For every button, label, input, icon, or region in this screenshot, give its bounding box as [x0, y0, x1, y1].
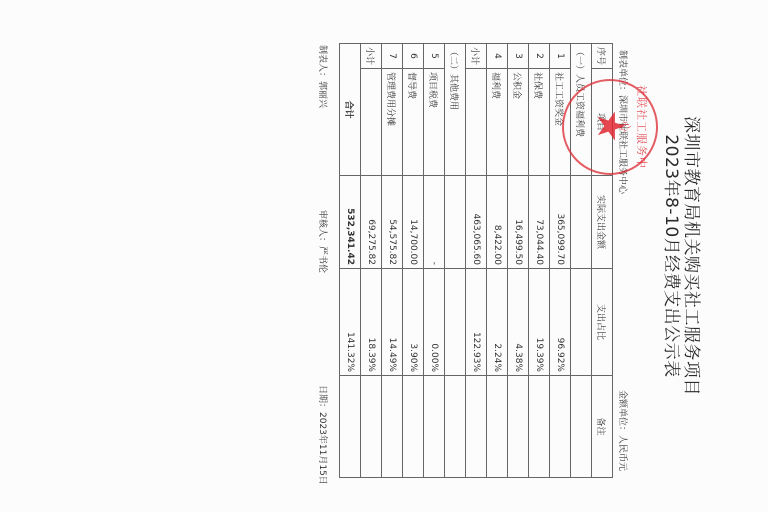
row-amount: 14,700.00: [403, 176, 424, 269]
row-no: 1: [550, 44, 571, 69]
row-no: 7: [382, 44, 403, 69]
row-note: [403, 376, 424, 478]
table-row: 2 社保费 73,044.40 19.39%: [529, 44, 550, 478]
row-amount: 8,422.00: [487, 176, 508, 269]
document-page: 深圳市教育局机关购买社工服务项目 2023年8-10月经费支出公示表 制表单位：…: [0, 0, 768, 512]
row-no: 5: [424, 44, 445, 69]
total-ratio: 141.32%: [340, 269, 361, 376]
header-ratio: 支出占比: [592, 269, 613, 376]
section-row: （二）其他费用: [445, 44, 466, 478]
table-row: 7 管理费用分摊 54,575.82 14.49%: [382, 44, 403, 478]
total-row: 合计 532,341.42 141.32%: [340, 44, 361, 478]
row-amount: 16,499.50: [508, 176, 529, 269]
row-item: 社保费: [529, 69, 550, 176]
row-no: 6: [403, 44, 424, 69]
subtotal-amount: 69,275.82: [361, 176, 382, 269]
row-amount: 54,575.82: [382, 176, 403, 269]
row-amount: -: [424, 176, 445, 269]
section-label: （二）其他费用: [445, 44, 466, 176]
row-note: [529, 376, 550, 478]
row-item: 督导费: [403, 69, 424, 176]
row-ratio: 0.00%: [424, 269, 445, 376]
subtotal-ratio: 18.39%: [361, 269, 382, 376]
subtotal-row: 小计 69,275.82 18.39%: [361, 44, 382, 478]
subtotal-label: 小计: [361, 44, 382, 69]
row-item: 公积金: [508, 69, 529, 176]
row-amount: 365,099.70: [550, 176, 571, 269]
table-row: 5 项目税费 - 0.00%: [424, 44, 445, 478]
subtotal-label: 小计: [466, 44, 487, 69]
subtotal-row: 小计 463,065.60 122.93%: [466, 44, 487, 478]
row-ratio: 19.39%: [529, 269, 550, 376]
subtotal-ratio: 122.93%: [466, 269, 487, 376]
currency-unit-label: 金额单位：人民币元: [617, 390, 630, 471]
header-note: 备注: [592, 376, 613, 478]
row-note: [550, 376, 571, 478]
row-item: 福利费: [487, 69, 508, 176]
row-note: [424, 376, 445, 478]
row-ratio: 96.92%: [550, 269, 571, 376]
row-item: 管理费用分摊: [382, 69, 403, 176]
row-ratio: 2.24%: [487, 269, 508, 376]
row-note: [382, 376, 403, 478]
header-amount: 实际支出金额: [592, 176, 613, 269]
preparer-label: 制表人：郭丽兴: [317, 45, 330, 108]
subtotal-amount: 463,065.60: [466, 176, 487, 269]
table-row: 6 督导费 14,700.00 3.90%: [403, 44, 424, 478]
reviewer-label: 审核人：严书伦: [317, 210, 330, 273]
row-ratio: 3.90%: [403, 269, 424, 376]
row-note: [487, 376, 508, 478]
total-label: 合计: [340, 44, 361, 176]
table-row: 3 公积金 16,499.50 4.38%: [508, 44, 529, 478]
document-subtitle: 2023年8-10月经费支出公示表: [661, 0, 686, 512]
total-amount: 532,341.42: [340, 176, 361, 269]
table-row: 4 福利费 8,422.00 2.24%: [487, 44, 508, 478]
star-icon: ★: [592, 109, 630, 143]
header-no: 序号: [592, 44, 613, 69]
official-seal: 社联社工服务中心 ★: [562, 79, 658, 175]
row-amount: 73,044.40: [529, 176, 550, 269]
row-item: 项目税费: [424, 69, 445, 176]
row-ratio: 4.38%: [508, 269, 529, 376]
row-note: [508, 376, 529, 478]
row-ratio: 14.49%: [382, 269, 403, 376]
row-no: 3: [508, 44, 529, 69]
row-no: 2: [529, 44, 550, 69]
date-label: 日期：2023年11月15日: [317, 385, 330, 485]
row-no: 4: [487, 44, 508, 69]
